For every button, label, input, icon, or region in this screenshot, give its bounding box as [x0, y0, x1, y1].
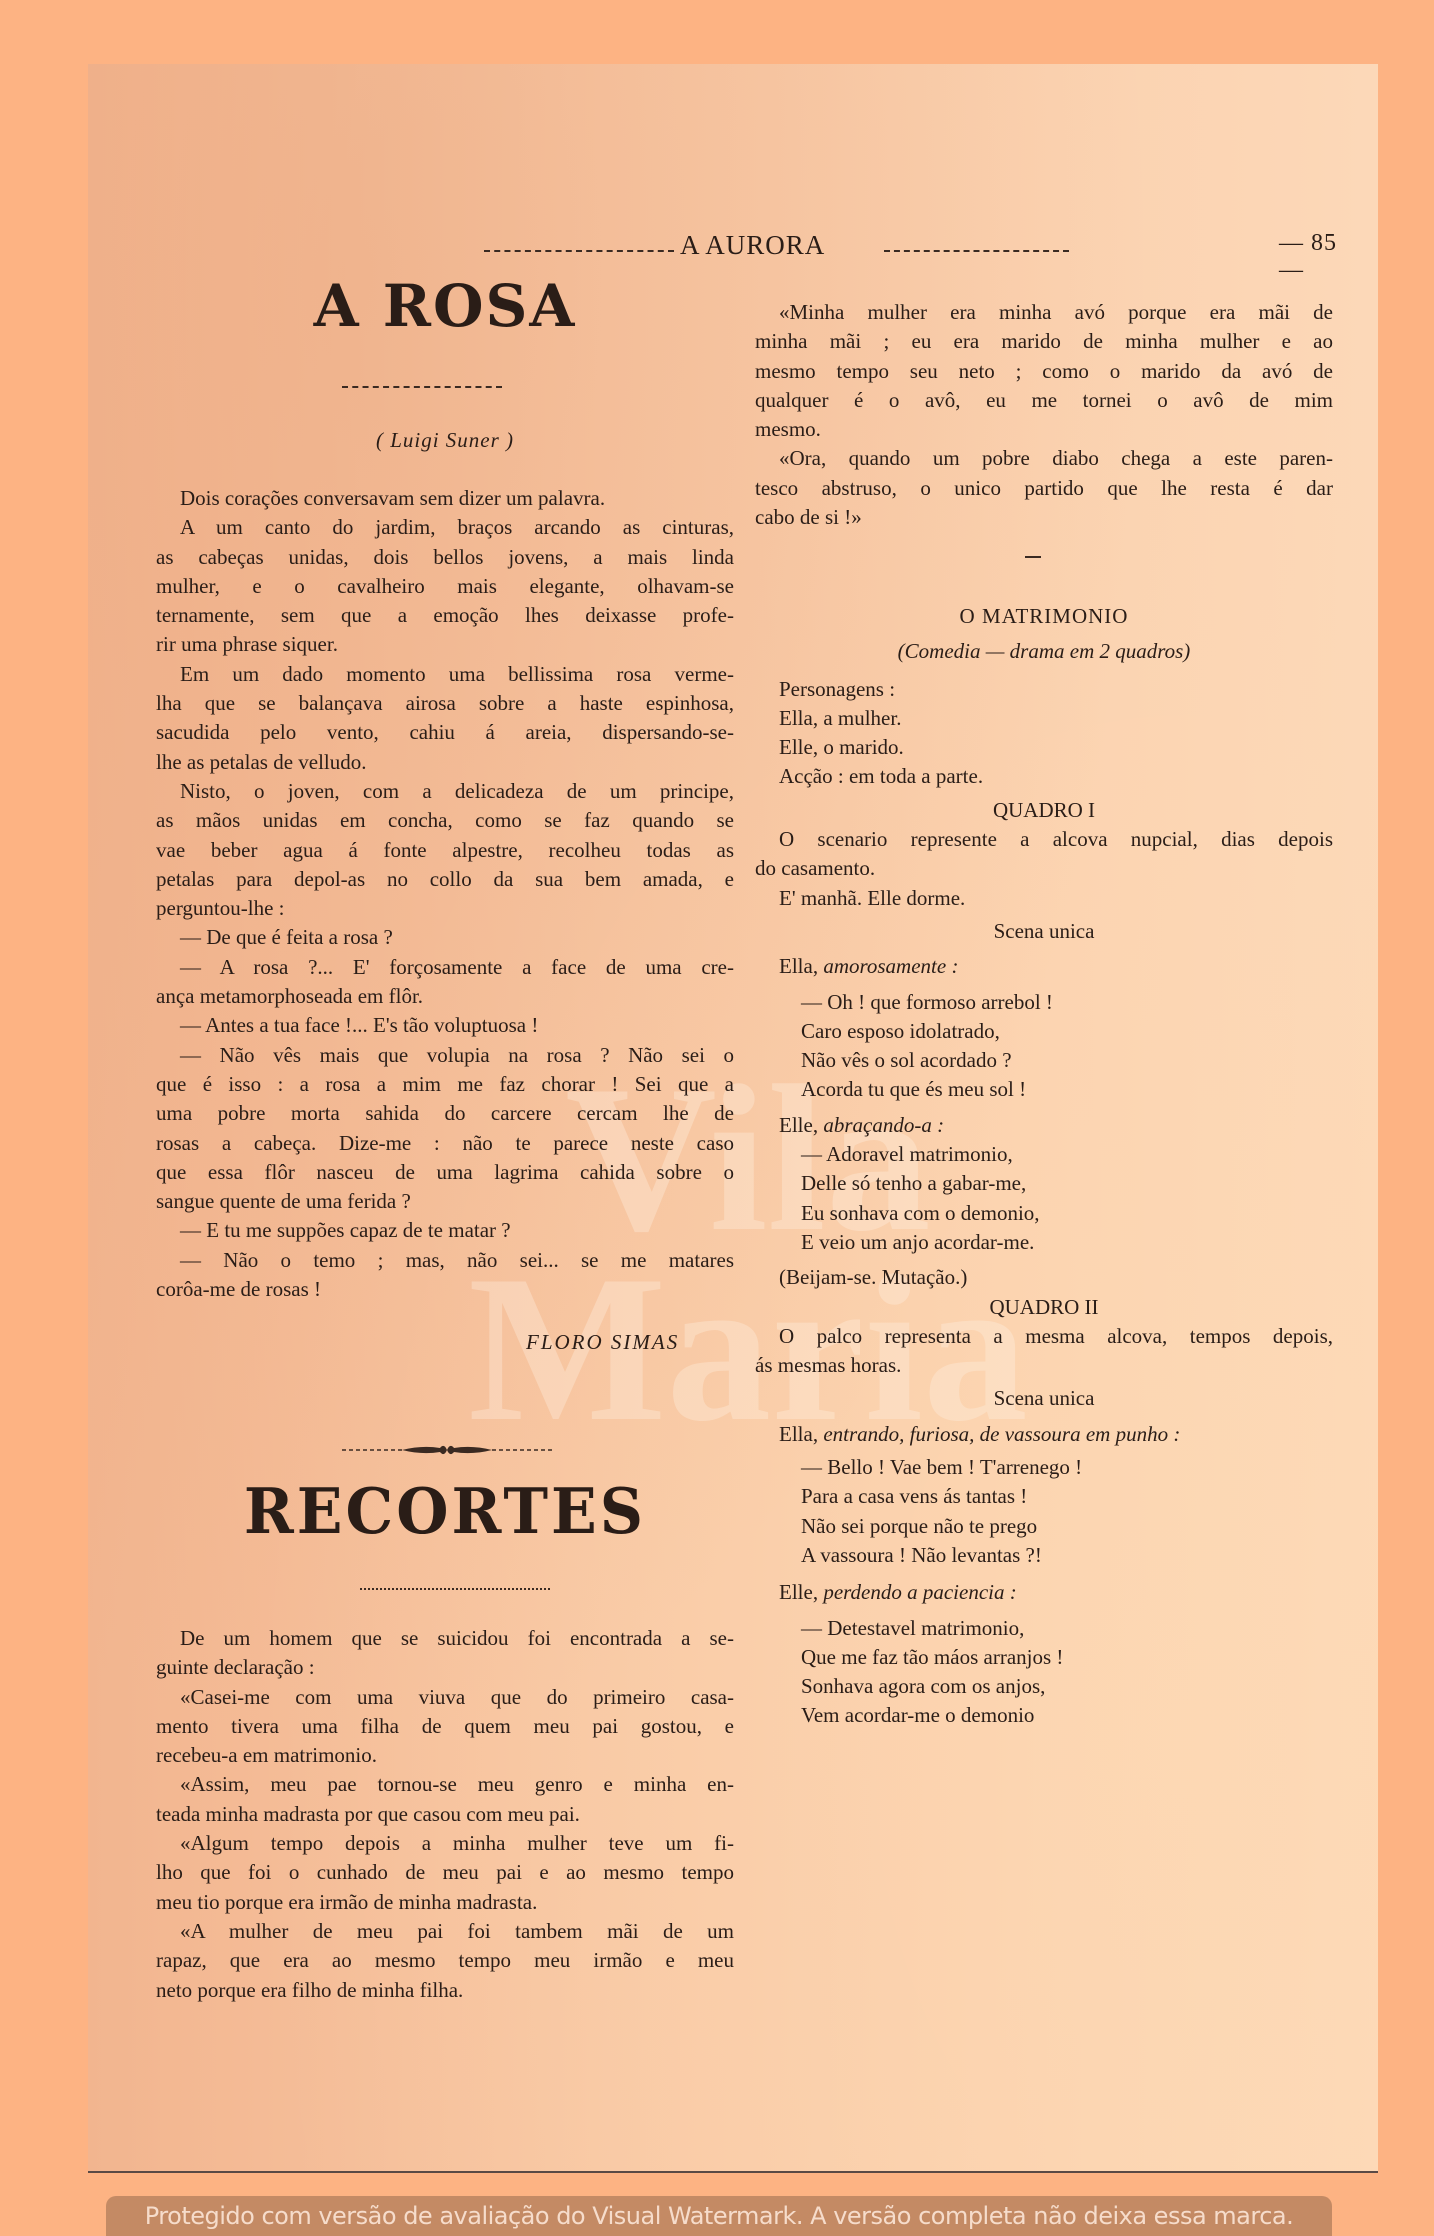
- verse-block: — Adoravel matrimonio,Delle só tenho a g…: [755, 1140, 1333, 1257]
- text-line: «Assim, meu pae tornou-se meu genro e mi…: [156, 1770, 734, 1799]
- verse-line: E veio um anjo acordar-me.: [755, 1228, 1333, 1257]
- text-line: que é isso : a rosa a mim me faz chorar …: [156, 1070, 734, 1099]
- article-body-recortes-continued: «Minha mulher era minha avó porque era m…: [755, 298, 1333, 532]
- characters-heading: Personagens :: [755, 675, 1333, 704]
- speaker-line: Ella, entrando, furiosa, de vassoura em …: [755, 1420, 1333, 1449]
- text-line: lhe as petalas de velludo.: [156, 748, 734, 777]
- text-line: guinte declaração :: [156, 1653, 734, 1682]
- speaker-name: Ella,: [779, 1422, 818, 1446]
- text-line: que essa flôr nasceu de uma lagrima cahi…: [156, 1158, 734, 1187]
- running-header: A AURORA — 85 —: [484, 230, 1344, 264]
- play-title: O MATRIMONIO: [755, 602, 1333, 631]
- text-line: ás mesmas horas.: [755, 1351, 1333, 1380]
- text-line: as mãos unidas em concha, como se faz qu…: [156, 806, 734, 835]
- verse-line: Não sei porque não te prego: [755, 1512, 1333, 1541]
- text-line: lho que foi o cunhado de meu pai e ao me…: [156, 1858, 734, 1887]
- verse-line: Que me faz tão máos arranjos !: [755, 1643, 1333, 1672]
- text-line: — Não o temo ; mas, não sei... se me mat…: [156, 1246, 734, 1275]
- quadro-heading: QUADRO I: [755, 796, 1333, 825]
- title-rule: [360, 1588, 550, 1590]
- text-line: O palco representa a mesma alcova, tempo…: [755, 1322, 1333, 1351]
- text-line: recebeu-a em matrimonio.: [156, 1741, 734, 1770]
- verse-line: Delle só tenho a gabar-me,: [755, 1169, 1333, 1198]
- speaker-name: Ella,: [779, 954, 818, 978]
- text-line: mulher, e o cavalheiro mais elegante, ol…: [156, 572, 734, 601]
- text-line: mesmo tempo seu neto ; como o marido da …: [755, 357, 1333, 386]
- section-dash: [1025, 556, 1041, 558]
- scene-heading: Scena unica: [755, 1384, 1333, 1413]
- speaker-line: Elle, abraçando-a :: [755, 1111, 1333, 1140]
- text-line: tesco abstruso, o unico partido que lhe …: [755, 474, 1333, 503]
- text-line: vae beber agua á fonte alpestre, recolhe…: [156, 836, 734, 865]
- article-title-rosa: A ROSA: [156, 292, 734, 321]
- text-line: — Não vês mais que volupia na rosa ? Não…: [156, 1041, 734, 1070]
- text-line: — De que é feita a rosa ?: [156, 923, 734, 952]
- text-line: neto porque era filho de minha filha.: [156, 1976, 734, 2005]
- text-line: «Algum tempo depois a minha mulher teve …: [156, 1829, 734, 1858]
- text-line: «Minha mulher era minha avó porque era m…: [755, 298, 1333, 327]
- verse-line: Caro esposo idolatrado,: [755, 1017, 1333, 1046]
- text-line: Nisto, o joven, com a delicadeza de um p…: [156, 777, 734, 806]
- article-matrimonio: O MATRIMONIO (Comedia — drama em 2 quadr…: [755, 602, 1333, 1731]
- text-line: rosas a cabeça. Dize-me : não te parece …: [156, 1129, 734, 1158]
- text-line: rapaz, que era ao mesmo tempo meu irmão …: [156, 1946, 734, 1975]
- text-line: Dois corações conversavam sem dizer um p…: [156, 484, 734, 513]
- stage-direction: amorosamente :: [823, 954, 958, 978]
- text-line: «A mulher de meu pai foi tambem mãi de u…: [156, 1917, 734, 1946]
- character-item: Acção : em toda a parte.: [755, 762, 1333, 791]
- text-line: sacudida pelo vento, cahiu á areia, disp…: [156, 718, 734, 747]
- verse-block: — Oh ! que formoso arrebol !Caro esposo …: [755, 988, 1333, 1105]
- text-line: meu tio porque era irmão de minha madras…: [156, 1888, 734, 1917]
- text-line: «Ora, quando um pobre diabo chega a este…: [755, 444, 1333, 473]
- text-line: corôa-me de rosas !: [156, 1275, 734, 1304]
- byline: ( Luigi Suner ): [156, 426, 734, 455]
- newspaper-page: Vila Maria A AURORA — 85 — A ROSA ( Luig…: [88, 64, 1378, 2173]
- verse-block: — Bello ! Vae bem ! T'arrenego !Para a c…: [755, 1453, 1333, 1570]
- scenario-text: O palco representa a mesma alcova, tempo…: [755, 1322, 1333, 1381]
- verse-line: Não vês o sol acordado ?: [755, 1046, 1333, 1075]
- verse-line: Para a casa vens ás tantas !: [755, 1482, 1333, 1511]
- scene-heading: Scena unica: [755, 917, 1333, 946]
- stage-direction: entrando, furiosa, de vassoura em punho …: [823, 1422, 1180, 1446]
- characters-list: Personagens : Ella, a mulher. Elle, o ma…: [755, 675, 1333, 792]
- article-body-recortes: De um homem que se suicidou foi encontra…: [156, 1624, 734, 2005]
- text-line: Em um dado momento uma bellissima rosa v…: [156, 660, 734, 689]
- verse-line: — Detestavel matrimonio,: [755, 1614, 1333, 1643]
- character-item: Ella, a mulher.: [755, 704, 1333, 733]
- text-line: sangue quente de uma ferida ?: [156, 1187, 734, 1216]
- text-line: petalas para depol-as no collo da sua be…: [156, 865, 734, 894]
- page-number: — 85 —: [1279, 230, 1344, 284]
- text-line: mento tivera uma filha de quem meu pai g…: [156, 1712, 734, 1741]
- evaluation-watermark-banner: Protegido com versão de avaliação do Vis…: [106, 2196, 1332, 2236]
- ornament-divider-icon: [342, 1442, 552, 1458]
- scenario-text: O scenario represente a alcova nupcial, …: [755, 825, 1333, 913]
- verse-line: — Oh ! que formoso arrebol !: [755, 988, 1333, 1017]
- text-line: ança metamorphoseada em flôr.: [156, 982, 734, 1011]
- verse-block: — Detestavel matrimonio,Que me faz tão m…: [755, 1614, 1333, 1731]
- text-line: teada minha madrasta por que casou com m…: [156, 1800, 734, 1829]
- text-line: do casamento.: [755, 854, 1333, 883]
- text-line: O scenario represente a alcova nupcial, …: [755, 825, 1333, 854]
- verse-line: A vassoura ! Não levantas ?!: [755, 1541, 1333, 1570]
- publication-title: A AURORA: [680, 230, 825, 261]
- verse-line: — Bello ! Vae bem ! T'arrenego !: [755, 1453, 1333, 1482]
- text-line: as cabeças unidas, dois bellos jovens, a…: [156, 543, 734, 572]
- text-line: — A rosa ?... E' forçosamente a face de …: [156, 953, 734, 982]
- article-title-recortes: RECORTES: [156, 1497, 734, 1528]
- article-body-rosa: Dois corações conversavam sem dizer um p…: [156, 484, 734, 1304]
- text-line: — Antes a tua face !... E's tão voluptuo…: [156, 1011, 734, 1040]
- speaker-name: Elle,: [779, 1113, 818, 1137]
- text-line: rir uma phrase siquer.: [156, 630, 734, 659]
- text-line: ternamente, sem que a emoção lhes deixas…: [156, 601, 734, 630]
- text-line: uma pobre morta sahida do carcere cercam…: [156, 1099, 734, 1128]
- text-line: De um homem que se suicidou foi encontra…: [156, 1624, 734, 1653]
- author-signature: FLORO SIMAS: [526, 1328, 679, 1357]
- character-item: Elle, o marido.: [755, 733, 1333, 762]
- verse-line: Eu sonhava com o demonio,: [755, 1199, 1333, 1228]
- speaker-line: Elle, perdendo a paciencia :: [755, 1578, 1333, 1607]
- stage-direction: perdendo a paciencia :: [823, 1580, 1016, 1604]
- text-line: cabo de si !»: [755, 503, 1333, 532]
- text-line: mesmo.: [755, 415, 1333, 444]
- text-line: perguntou-lhe :: [156, 894, 734, 923]
- text-line: «Casei-me com uma viuva que do primeiro …: [156, 1683, 734, 1712]
- text-line: — E tu me suppões capaz de te matar ?: [156, 1216, 734, 1245]
- text-line: E' manhã. Elle dorme.: [755, 884, 1333, 913]
- verse-line: — Adoravel matrimonio,: [755, 1140, 1333, 1169]
- text-line: qualquer é o avô, eu me tornei o avô de …: [755, 386, 1333, 415]
- title-rule: [342, 386, 502, 388]
- speaker-name: Elle,: [779, 1580, 818, 1604]
- stage-direction-line: (Beijam-se. Mutação.): [755, 1263, 1333, 1292]
- play-subtitle: (Comedia — drama em 2 quadros): [755, 637, 1333, 666]
- text-line: minha mãi ; eu era marido de minha mulhe…: [755, 327, 1333, 356]
- header-rule-right: [884, 250, 1069, 252]
- speaker-line: Ella, amorosamente :: [755, 952, 1333, 981]
- verse-line: Acorda tu que és meu sol !: [755, 1075, 1333, 1104]
- header-rule-left: [484, 250, 674, 252]
- stage-direction: abraçando-a :: [823, 1113, 944, 1137]
- text-line: lha que se balançava airosa sobre a hast…: [156, 689, 734, 718]
- verse-line: Sonhava agora com os anjos,: [755, 1672, 1333, 1701]
- text-line: A um canto do jardim, braços arcando as …: [156, 513, 734, 542]
- verse-line: Vem acordar-me o demonio: [755, 1701, 1333, 1730]
- quadro-heading: QUADRO II: [755, 1293, 1333, 1322]
